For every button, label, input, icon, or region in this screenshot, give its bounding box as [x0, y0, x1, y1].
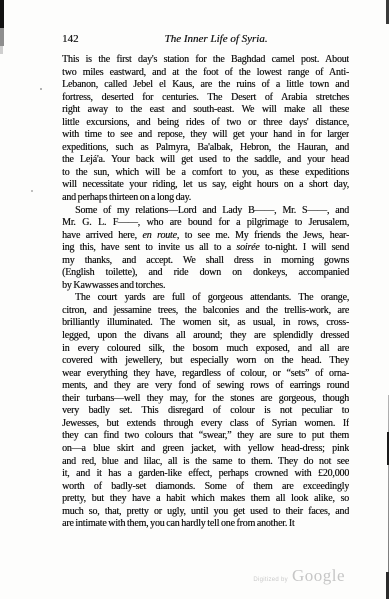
- text-segment: This is the first day's station for the …: [62, 54, 349, 65]
- scan-artifact-speck: [40, 88, 42, 90]
- text-line: Some of my relations—Lord and Lady B——, …: [62, 205, 349, 218]
- text-segment: to-night. I will send: [260, 242, 350, 253]
- text-line: citron, and jessamine trees, the balconi…: [62, 305, 349, 318]
- text-line: in every coloured silk, the bosom much e…: [62, 343, 349, 356]
- text-segment: are intimate with them, you can hardly t…: [62, 518, 294, 529]
- text-line: with time to see and repose, they will g…: [62, 129, 349, 142]
- book-page: 142 The Inner Life of Syria. This is the…: [0, 0, 389, 599]
- text-line: very badly set. This disregard of colour…: [62, 405, 349, 418]
- text-segment: little excursions, and being rides of tw…: [62, 117, 349, 128]
- text-line: Lebanon, called Jebel el Kaus, are the r…: [62, 79, 349, 92]
- google-watermark: Digitized by Google: [253, 566, 345, 586]
- text-segment: will necessitate your riding, let us say…: [62, 179, 349, 190]
- text-segment: ing this, have sent to invite us all to …: [62, 242, 236, 253]
- text-line: brilliantly illuminated. The women sit, …: [62, 317, 349, 330]
- text-segment: on—a blue skirt and green jacket, with y…: [62, 443, 349, 454]
- text-line: pretty, but they have a habit which make…: [62, 493, 349, 506]
- text-line: and perhaps thirteen on a long day.: [62, 192, 349, 205]
- text-segment: covered with jewellery, but especially w…: [62, 355, 349, 366]
- text-segment: , to see me. My friends the Jews, hear-: [177, 230, 349, 241]
- text-segment: my thanks, and accept. We shall dress in…: [62, 255, 349, 266]
- italic-text: soirée: [236, 242, 259, 253]
- text-segment: by Kawwasses and torches.: [62, 280, 165, 291]
- scan-artifact-left-edge-fade: [0, 46, 3, 54]
- text-line: are intimate with them, you can hardly t…: [62, 518, 349, 531]
- text-line: Mr. G. L. F——, who are bound for a pilgr…: [62, 217, 349, 230]
- text-segment: citron, and jessamine trees, the balconi…: [62, 305, 349, 316]
- text-line: ments, and they are very fond of sewing …: [62, 380, 349, 393]
- text-segment: with time to see and repose, they will g…: [62, 129, 349, 140]
- text-line: covered with jewellery, but especially w…: [62, 355, 349, 368]
- text-segment: brilliantly illuminated. The women sit, …: [62, 317, 349, 328]
- text-segment: legged, upon the divans all around; they…: [62, 330, 349, 341]
- text-line: legged, upon the divans all around; they…: [62, 330, 349, 343]
- italic-text: en route: [142, 230, 176, 241]
- scan-artifact-left-edge: [0, 0, 4, 28]
- text-line: This is the first day's station for the …: [62, 54, 349, 67]
- text-segment: The court yards are full of gorgeous att…: [75, 292, 349, 303]
- text-segment: ments, and they are very fond of sewing …: [62, 380, 349, 391]
- text-line: to the sun, which will be a comfort to y…: [62, 167, 349, 180]
- text-segment: the Lejá'a. Your back will get used to t…: [62, 154, 349, 165]
- text-line: they can find two colours that “swear,” …: [62, 430, 349, 443]
- text-line: fortress, deserted for centuries. The De…: [62, 92, 349, 105]
- digitized-by-label: Digitized by: [253, 577, 288, 583]
- text-segment: (English toilette), and ride down on don…: [62, 267, 349, 278]
- text-line: will necessitate your riding, let us say…: [62, 179, 349, 192]
- text-segment: expeditions, such as Palmyra, Ba'albak, …: [62, 142, 349, 153]
- text-segment: pretty, but they have a habit which make…: [62, 493, 349, 504]
- text-segment: worth of badly-set diamonds. Some of the…: [62, 481, 349, 492]
- text-segment: to the sun, which will be a comfort to y…: [62, 167, 349, 178]
- text-line: little excursions, and being rides of tw…: [62, 117, 349, 130]
- page-number: 142: [62, 32, 79, 47]
- text-segment: and red, blue and lilac, all is the same…: [62, 456, 349, 467]
- text-line: their turbans—well they may, for the sto…: [62, 393, 349, 406]
- text-segment: and perhaps thirteen on a long day.: [62, 192, 191, 203]
- text-line: it, and it has a garden-like effect, per…: [62, 468, 349, 481]
- text-segment: they can find two colours that “swear,” …: [62, 430, 349, 441]
- text-segment: in every coloured silk, the bosom much e…: [62, 343, 349, 354]
- google-logo: Google: [292, 566, 345, 586]
- text-line: and red, blue and lilac, all is the same…: [62, 456, 349, 469]
- text-segment: Jewesses, but extends through every clas…: [62, 418, 349, 429]
- body-text: This is the first day's station for the …: [62, 54, 349, 531]
- text-line: Jewesses, but extends through every clas…: [62, 418, 349, 431]
- text-segment: fortress, deserted for centuries. The De…: [62, 92, 349, 103]
- text-segment: two miles eastward, and at the foot of t…: [62, 67, 349, 78]
- text-segment: wear everything they have, regardless of…: [62, 368, 349, 379]
- running-title: The Inner Life of Syria.: [62, 32, 349, 47]
- scan-artifact-left-edge-gray: [0, 28, 4, 46]
- text-line: ing this, have sent to invite us all to …: [62, 242, 349, 255]
- text-line: worth of badly-set diamonds. Some of the…: [62, 481, 349, 494]
- scan-artifact-speck: [31, 190, 33, 192]
- text-line: wear everything they have, regardless of…: [62, 368, 349, 381]
- text-segment: have arrived here,: [62, 230, 142, 241]
- text-line: right away to the east and south-east. W…: [62, 104, 349, 117]
- text-segment: it, and it has a garden-like effect, per…: [62, 468, 349, 479]
- text-line: my thanks, and accept. We shall dress in…: [62, 255, 349, 268]
- text-segment: very badly set. This disregard of colour…: [62, 405, 349, 416]
- text-segment: Lebanon, called Jebel el Kaus, are the r…: [62, 79, 349, 90]
- text-segment: their turbans—well they may, for the sto…: [62, 393, 349, 404]
- text-segment: much so, that, pretty or ugly, until you…: [62, 506, 349, 517]
- text-segment: Some of my relations—Lord and Lady B——, …: [75, 205, 349, 216]
- text-line: (English toilette), and ride down on don…: [62, 267, 349, 280]
- text-line: have arrived here, en route, to see me. …: [62, 230, 349, 243]
- text-segment: Mr. G. L. F——, who are bound for a pilgr…: [62, 217, 349, 228]
- text-line: much so, that, pretty or ugly, until you…: [62, 506, 349, 519]
- text-line: The court yards are full of gorgeous att…: [62, 292, 349, 305]
- text-line: by Kawwasses and torches.: [62, 280, 349, 293]
- text-line: the Lejá'a. Your back will get used to t…: [62, 154, 349, 167]
- text-segment: right away to the east and south-east. W…: [62, 104, 349, 115]
- text-line: two miles eastward, and at the foot of t…: [62, 67, 349, 80]
- page-header: 142 The Inner Life of Syria.: [62, 32, 349, 47]
- text-line: expeditions, such as Palmyra, Ba'albak, …: [62, 142, 349, 155]
- text-line: on—a blue skirt and green jacket, with y…: [62, 443, 349, 456]
